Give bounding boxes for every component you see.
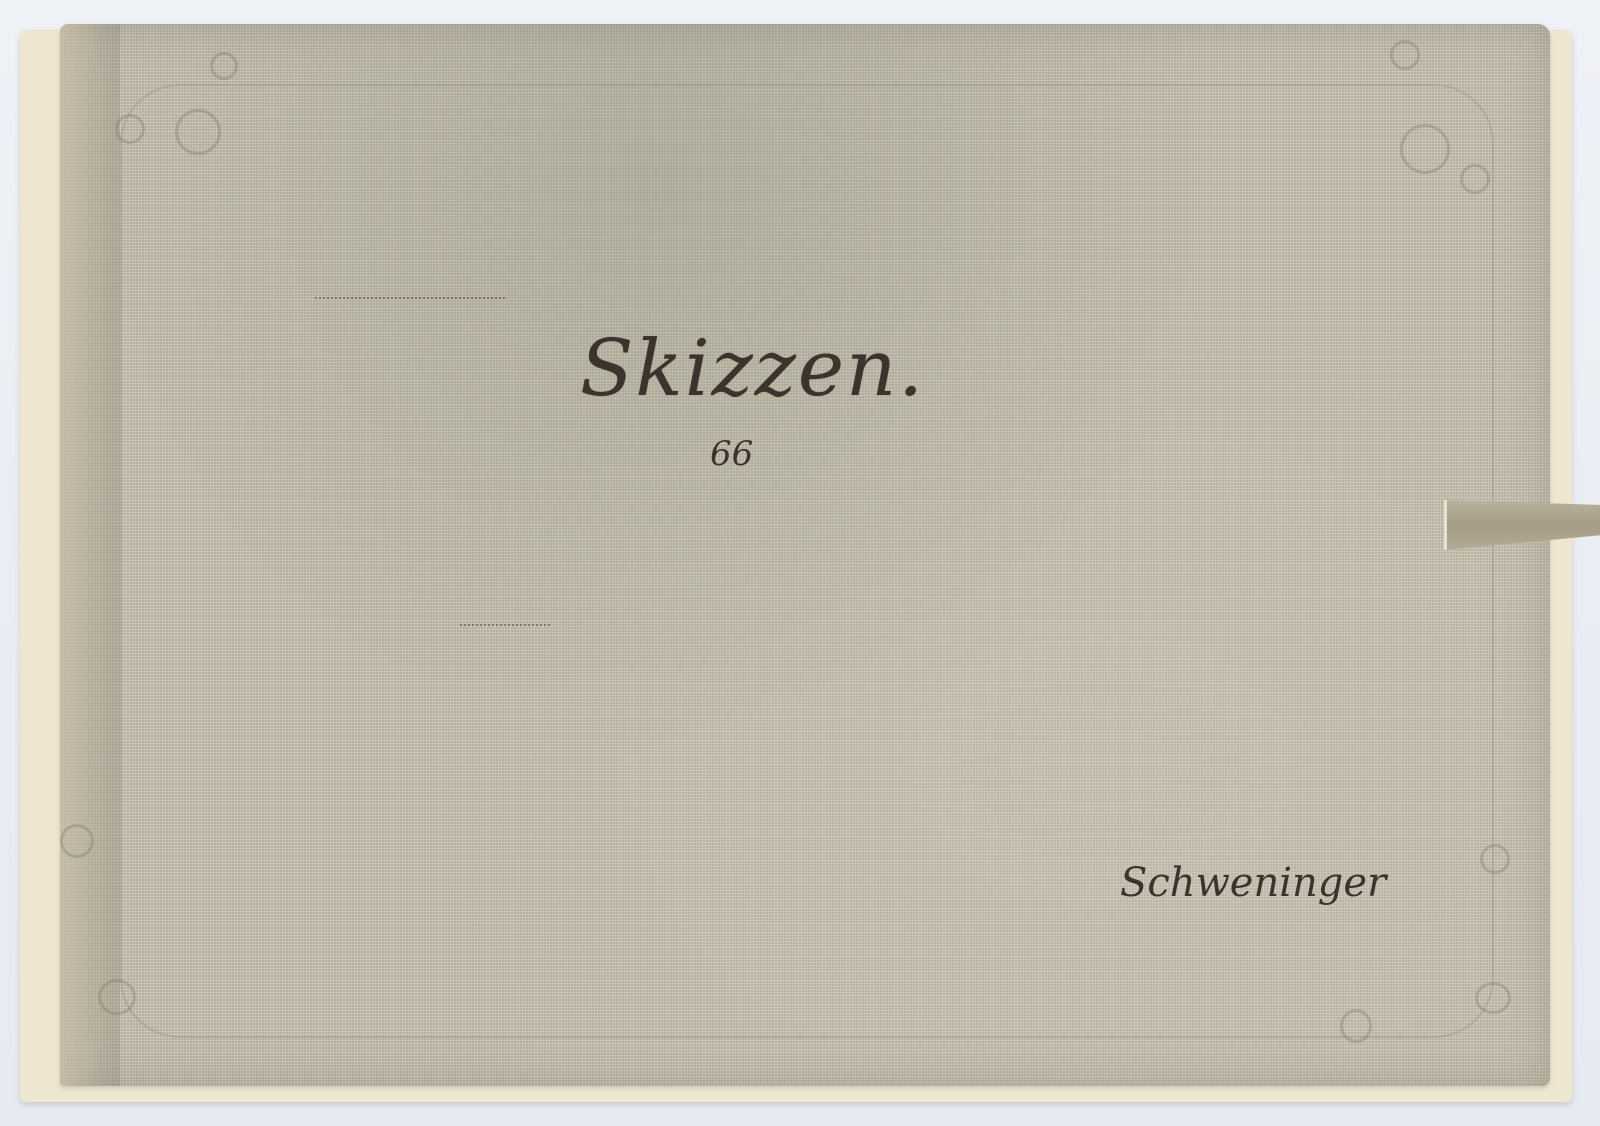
ornament-circle-icon (1480, 844, 1510, 874)
sketchbook-cover: Skizzen. 66 Schweninger (60, 24, 1550, 1086)
spine-hinge (60, 24, 120, 1086)
dotted-guide-line (460, 624, 550, 626)
artist-signature: Schweninger (1120, 860, 1386, 906)
ribbon-tie (1444, 500, 1600, 550)
ornament-circle-icon (1475, 982, 1511, 1014)
ornament-circle-icon (1390, 40, 1420, 70)
ornament-circle-icon (98, 979, 136, 1015)
volume-number: 66 (710, 434, 753, 474)
ornament-circle-icon (175, 109, 221, 155)
ornament-circle-icon (1460, 164, 1490, 194)
ornament-circle-icon (115, 114, 145, 144)
ornament-circle-icon (210, 52, 238, 80)
dotted-guide-line (315, 297, 505, 299)
ornament-circle-icon (60, 824, 94, 858)
ornament-circle-icon (1340, 1009, 1372, 1043)
ornament-circle-icon (1400, 124, 1450, 174)
cover-title: Skizzen. (580, 324, 925, 414)
